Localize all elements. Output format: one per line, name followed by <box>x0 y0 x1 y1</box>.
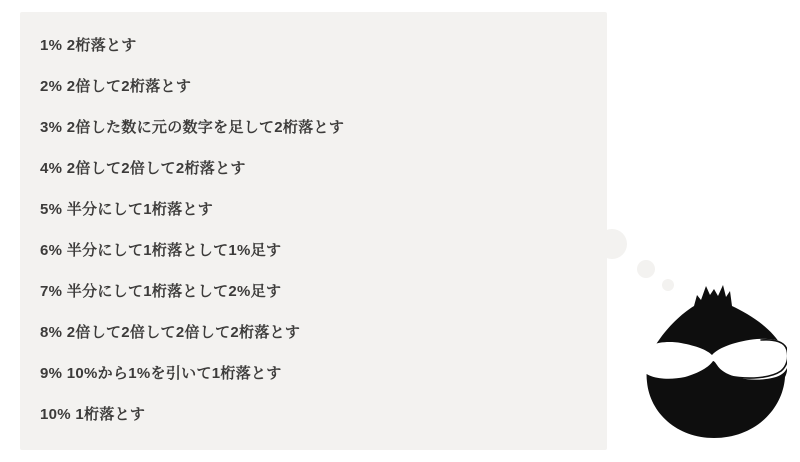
list-item: 1% 2桁落とす <box>40 38 587 53</box>
list-item: 4% 2倍して2倍して2桁落とす <box>40 161 587 176</box>
page: 1% 2桁落とす 2% 2倍して2桁落とす 3% 2倍した数に元の数字を足して2… <box>0 0 800 462</box>
list-item: 2% 2倍して2桁落とす <box>40 79 587 94</box>
thought-bubble-icon <box>637 260 655 278</box>
thought-box: 1% 2桁落とす 2% 2倍して2桁落とす 3% 2倍した数に元の数字を足して2… <box>20 12 607 450</box>
list-item: 5% 半分にして1桁落とす <box>40 202 587 217</box>
list-item: 10% 1桁落とす <box>40 407 587 422</box>
onion-character-sunglasses-icon <box>637 281 787 441</box>
list-item: 7% 半分にして1桁落として2%足す <box>40 284 587 299</box>
list-item: 6% 半分にして1桁落として1%足す <box>40 243 587 258</box>
list-item: 8% 2倍して2倍して2倍して2桁落とす <box>40 325 587 340</box>
list-item: 3% 2倍した数に元の数字を足して2桁落とす <box>40 120 587 135</box>
list-item: 9% 10%から1%を引いて1桁落とす <box>40 366 587 381</box>
